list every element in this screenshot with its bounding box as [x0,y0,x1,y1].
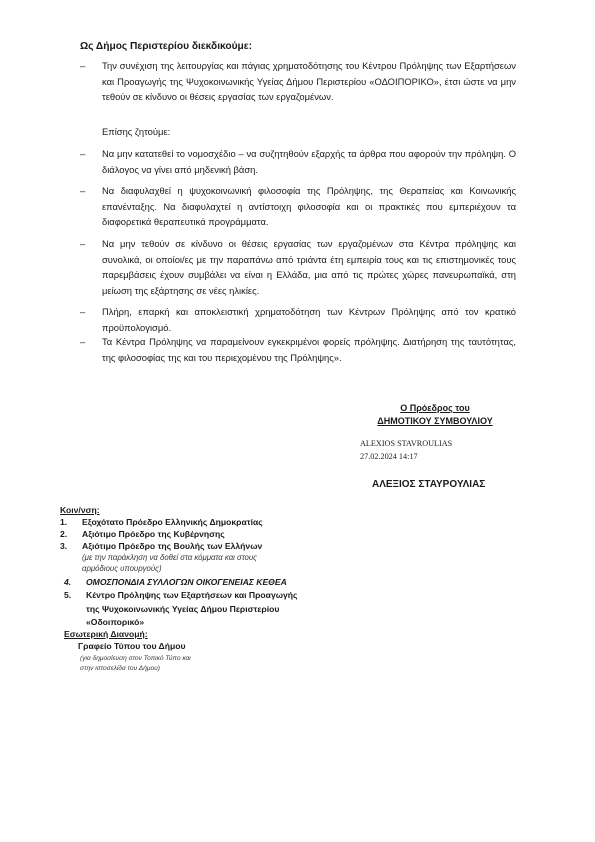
distribution-label: Κοιν/νση: [60,504,100,516]
also-request-label: Επίσης ζητούμε: [102,126,170,137]
demand-text: Την συνέχιση της λειτουργίας και πάγιας … [102,58,516,105]
document-page: Ως Δήμος Περιστερίου διεκδικούμε: – Την … [0,0,595,842]
demand-item: – Να μην τεθούν σε κίνδυνο οι θέσεις εργ… [80,236,516,298]
dash-bullet: – [80,236,100,252]
demand-item: – Πλήρη, επαρκή και αποκλειστική χρηματο… [80,304,516,335]
internal-note: (για δημοσίευση στον Τοπικό Τύπο και στη… [80,654,191,674]
recipient-item: 1.Εξοχότατο Πρόεδρο Ελληνικής Δημοκρατία… [60,516,263,528]
signature-title-line2: ΔΗΜΟΤΙΚΟΥ ΣΥΜΒΟΥΛΙΟΥ [377,416,492,426]
signature-title: Ο Πρόεδρος του ΔΗΜΟΤΙΚΟΥ ΣΥΜΒΟΥΛΙΟΥ [350,402,520,427]
digital-signature-timestamp: 27.02.2024 14:17 [360,450,452,463]
recipient-item: 5.Κέντρο Πρόληψης των Εξαρτήσεων και Προ… [64,589,298,630]
demand-text: Να διαφυλαχθεί η ψυχοκοινωνική φιλοσοφία… [102,183,516,230]
recipient-note: (με την παράκληση να δοθεί στα κόμματα κ… [82,552,257,574]
demand-text: Πλήρη, επαρκή και αποκλειστική χρηματοδό… [102,304,516,335]
internal-distribution-label: Εσωτερική Διανομή: [64,628,148,640]
recipient-item: 4.ΟΜΟΣΠΟΝΔΙΑ ΣΥΛΛΟΓΩΝ ΟΙΚΟΓΕΝΕΙΑΣ ΚΕΘΕΑ [64,576,287,588]
demand-item: – Την συνέχιση της λειτουργίας και πάγια… [80,58,516,105]
recipient-item: 3.Αξιότιμο Πρόεδρο της Βουλής των Ελλήνω… [60,540,262,552]
demand-item: – Να μην κατατεθεί το νομοσχέδιο – να συ… [80,146,516,177]
dash-bullet: – [80,183,100,199]
demand-text: Να μην τεθούν σε κίνδυνο οι θέσεις εργασ… [102,236,516,298]
section-heading: Ως Δήμος Περιστερίου διεκδικούμε: [80,41,252,52]
dash-bullet: – [80,334,100,350]
digital-signature: ALEXIOS STAVROULIAS 27.02.2024 14:17 [360,437,452,463]
internal-recipient: Γραφείο Τύπου του Δήμου [78,640,185,652]
recipient-item: 2.Αξιότιμο Πρόεδρο της Κυβέρνησης [60,528,225,540]
signatory-name: ΑΛΕΞΙΟΣ ΣΤΑΥΡΟΥΛΙΑΣ [372,479,485,490]
signature-title-line1: Ο Πρόεδρος του [400,403,470,413]
demand-text: Τα Κέντρα Πρόληψης να παραμείνουν εγκεκρ… [102,334,516,365]
digital-signature-name: ALEXIOS STAVROULIAS [360,437,452,450]
demand-item: – Τα Κέντρα Πρόληψης να παραμείνουν εγκε… [80,334,516,365]
dash-bullet: – [80,58,100,74]
demand-item: – Να διαφυλαχθεί η ψυχοκοινωνική φιλοσοφ… [80,183,516,230]
dash-bullet: – [80,146,100,162]
dash-bullet: – [80,304,100,320]
demand-text: Να μην κατατεθεί το νομοσχέδιο – να συζη… [102,146,516,177]
